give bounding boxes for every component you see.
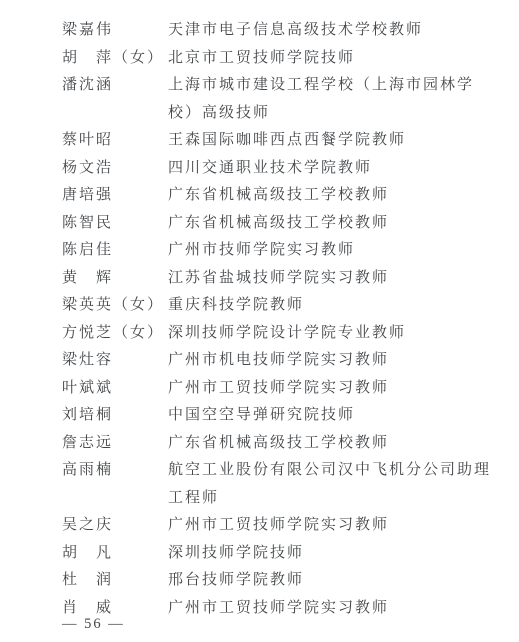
person-title: 广州市工贸技师学院实习教师 (168, 595, 498, 623)
person-title: 广州市工贸技师学院实习教师 (168, 375, 498, 403)
entry-row: 叶斌斌 广州市工贸技师学院实习教师 (62, 375, 502, 403)
entry-row: 蔡叶昭 王森国际咖啡西点西餐学院教师 (62, 127, 502, 155)
person-name: 詹志远 (62, 430, 168, 458)
entry-row: 潘沈涵 上海市城市建设工程学校（上海市园林学校）高级技师 (62, 72, 502, 127)
person-name: 梁灶容 (62, 347, 168, 375)
person-title: 广州市技师学院实习教师 (168, 237, 498, 265)
person-name: 杨文浩 (62, 155, 168, 183)
person-title: 深圳技师学院设计学院专业教师 (168, 320, 498, 348)
person-title: 广州市工贸技师学院实习教师 (168, 512, 498, 540)
person-title: 广州市机电技师学院实习教师 (168, 347, 498, 375)
page-number: — 56 — (62, 616, 125, 633)
entry-row: 梁嘉伟 天津市电子信息高级技术学校教师 (62, 17, 502, 45)
person-title: 中国空空导弹研究院技师 (168, 402, 498, 430)
entry-row: 唐培强 广东省机械高级技工学校教师 (62, 182, 502, 210)
entry-row: 杨文浩 四川交通职业技术学院教师 (62, 155, 502, 183)
person-title: 邢台技师学院教师 (168, 567, 498, 595)
person-title: 天津市电子信息高级技术学校教师 (168, 17, 498, 45)
entry-row: 高雨楠 航空工业股份有限公司汉中飞机分公司助理工程师 (62, 457, 502, 512)
person-name: 黄 辉 (62, 265, 168, 293)
person-title: 广东省机械高级技工学校教师 (168, 210, 498, 238)
entry-row: 陈智民 广东省机械高级技工学校教师 (62, 210, 502, 238)
person-name: 梁嘉伟 (62, 17, 168, 45)
person-name: 方悦芝（女） (62, 320, 168, 348)
person-title: 江苏省盐城技师学院实习教师 (168, 265, 498, 293)
entry-row: 梁英英（女） 重庆科技学院教师 (62, 292, 502, 320)
person-title: 四川交通职业技术学院教师 (168, 155, 498, 183)
entry-row: 方悦芝（女） 深圳技师学院设计学院专业教师 (62, 320, 502, 348)
person-name: 胡 凡 (62, 540, 168, 568)
person-title: 广东省机械高级技工学校教师 (168, 430, 498, 458)
entry-row: 黄 辉 江苏省盐城技师学院实习教师 (62, 265, 502, 293)
honoree-list: 梁嘉伟 天津市电子信息高级技术学校教师 胡 萍（女） 北京市工贸技师学院技师 潘… (62, 17, 502, 622)
person-name: 刘培桐 (62, 402, 168, 430)
person-title: 王森国际咖啡西点西餐学院教师 (168, 127, 498, 155)
person-name: 蔡叶昭 (62, 127, 168, 155)
entry-row: 刘培桐 中国空空导弹研究院技师 (62, 402, 502, 430)
person-title: 上海市城市建设工程学校（上海市园林学校）高级技师 (168, 72, 498, 127)
person-title: 航空工业股份有限公司汉中飞机分公司助理工程师 (168, 457, 498, 512)
person-name: 胡 萍（女） (62, 45, 168, 73)
entry-row: 胡 萍（女） 北京市工贸技师学院技师 (62, 45, 502, 73)
person-title: 北京市工贸技师学院技师 (168, 45, 498, 73)
entry-row: 詹志远 广东省机械高级技工学校教师 (62, 430, 502, 458)
person-name: 潘沈涵 (62, 72, 168, 100)
document-page: 梁嘉伟 天津市电子信息高级技术学校教师 胡 萍（女） 北京市工贸技师学院技师 潘… (0, 0, 519, 642)
entry-row: 陈启佳 广州市技师学院实习教师 (62, 237, 502, 265)
entry-row: 杜 润 邢台技师学院教师 (62, 567, 502, 595)
person-title: 广东省机械高级技工学校教师 (168, 182, 498, 210)
person-name: 陈智民 (62, 210, 168, 238)
person-name: 吴之庆 (62, 512, 168, 540)
person-name: 杜 润 (62, 567, 168, 595)
person-name: 陈启佳 (62, 237, 168, 265)
entry-row: 肖 威 广州市工贸技师学院实习教师 (62, 595, 502, 623)
person-name: 叶斌斌 (62, 375, 168, 403)
entry-row: 梁灶容 广州市机电技师学院实习教师 (62, 347, 502, 375)
entry-row: 胡 凡 深圳技师学院技师 (62, 540, 502, 568)
entry-row: 吴之庆 广州市工贸技师学院实习教师 (62, 512, 502, 540)
person-name: 唐培强 (62, 182, 168, 210)
person-name: 梁英英（女） (62, 292, 168, 320)
person-name: 高雨楠 (62, 457, 168, 485)
person-title: 深圳技师学院技师 (168, 540, 498, 568)
person-title: 重庆科技学院教师 (168, 292, 498, 320)
